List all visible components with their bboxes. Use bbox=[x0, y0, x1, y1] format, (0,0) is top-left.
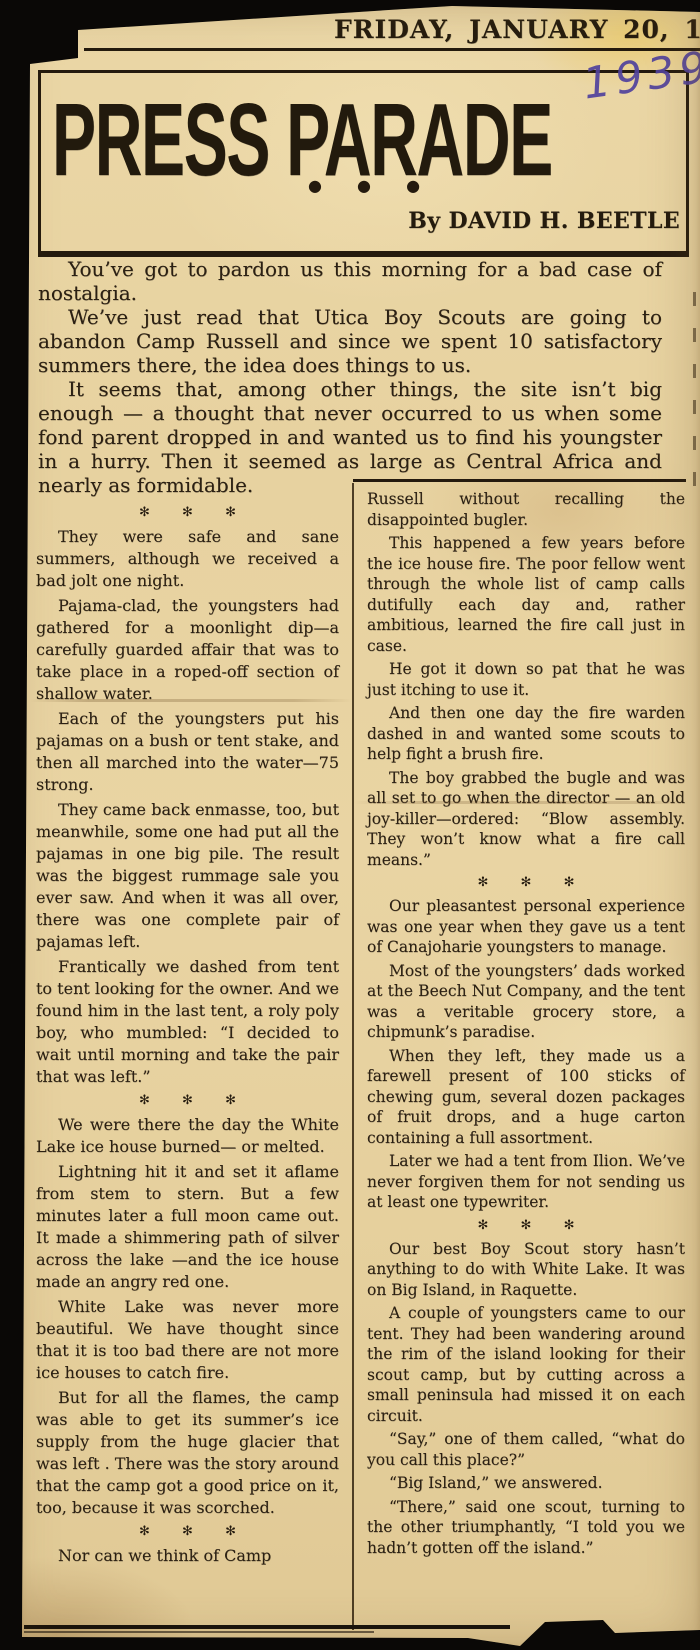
article-paragraph: When they left, they made us a farewell … bbox=[367, 1046, 685, 1149]
article-paragraph: Frantically we dashed from tent to tent … bbox=[36, 956, 339, 1088]
article-paragraph: “Say,” one of them called, “what do you … bbox=[367, 1429, 685, 1470]
article-paragraph: Each of the youngsters put his pajamas o… bbox=[36, 708, 339, 796]
byline: By DAVID H. BEETLE bbox=[350, 208, 680, 234]
article-paragraph: Pajama-clad, the youngsters had gathered… bbox=[36, 595, 339, 705]
crease-line bbox=[354, 801, 690, 804]
dateline-rule bbox=[84, 48, 700, 51]
section-break-stars: ✻ ✻ ✻ bbox=[36, 505, 339, 520]
article-paragraph: We were there the day the White Lake ice… bbox=[36, 1114, 339, 1158]
article-paragraph: The boy grabbed the bugle and was all se… bbox=[367, 768, 685, 871]
torn-edge-print-marks bbox=[693, 292, 696, 492]
article-paragraph: Our best Boy Scout story hasn’t anything… bbox=[367, 1239, 685, 1301]
right-column-top-rule bbox=[353, 479, 686, 482]
article-paragraph: A couple of youngsters came to our tent.… bbox=[367, 1303, 685, 1426]
article-paragraph: “Big Island,” we answered. bbox=[367, 1473, 685, 1494]
intro-section: You’ve got to pardon us this morning for… bbox=[38, 257, 662, 497]
article-paragraph: But for all the flames, the camp was abl… bbox=[36, 1387, 339, 1519]
masthead-dots: ● ● ● bbox=[290, 176, 440, 195]
crease-line bbox=[30, 699, 352, 702]
article-paragraph: Russell without recalling the disappoint… bbox=[367, 489, 685, 530]
bottom-edge-rule-shadow bbox=[24, 1631, 374, 1633]
article-paragraph: They were safe and sane summers, althoug… bbox=[36, 526, 339, 592]
bottom-edge-rule bbox=[24, 1625, 510, 1629]
scan-background: FRIDAY, JANUARY 20, 1939 PRESS PARADE ● … bbox=[0, 0, 700, 1650]
article-paragraph: Later we had a tent from Ilion. We’ve ne… bbox=[367, 1151, 685, 1213]
intro-paragraph: We’ve just read that Utica Boy Scouts ar… bbox=[38, 305, 662, 377]
newspaper-clipping: FRIDAY, JANUARY 20, 1939 PRESS PARADE ● … bbox=[0, 0, 700, 1650]
article-paragraph: Lightning hit it and set it aflame from … bbox=[36, 1161, 339, 1293]
article-paragraph: They came back enmasse, too, but meanwhi… bbox=[36, 799, 339, 953]
section-break-stars: ✻ ✻ ✻ bbox=[367, 1218, 685, 1233]
article-paragraph: “There,” said one scout, turning to the … bbox=[367, 1497, 685, 1559]
article-paragraph: Most of the youngsters’ dads worked at t… bbox=[367, 961, 685, 1043]
article-paragraph: This happened a few years before the ice… bbox=[367, 533, 685, 656]
intro-paragraph: You’ve got to pardon us this morning for… bbox=[38, 257, 662, 305]
left-column: ✻ ✻ ✻They were safe and sane summers, al… bbox=[36, 500, 339, 1570]
dateline: FRIDAY, JANUARY 20, 1939 bbox=[334, 15, 700, 44]
right-column: Russell without recalling the disappoint… bbox=[367, 489, 685, 1561]
section-break-stars: ✻ ✻ ✻ bbox=[36, 1093, 339, 1108]
article-paragraph: And then one day the fire warden dashed … bbox=[367, 703, 685, 765]
article-paragraph: White Lake was never more beautiful. We … bbox=[36, 1296, 339, 1384]
article-paragraph: Nor can we think of Camp bbox=[36, 1545, 339, 1567]
section-break-stars: ✻ ✻ ✻ bbox=[367, 875, 685, 890]
column-divider bbox=[352, 483, 354, 1630]
article-paragraph: Our pleasantest personal experience was … bbox=[367, 896, 685, 958]
section-break-stars: ✻ ✻ ✻ bbox=[36, 1524, 339, 1539]
article-paragraph: He got it down so pat that he was just i… bbox=[367, 659, 685, 700]
